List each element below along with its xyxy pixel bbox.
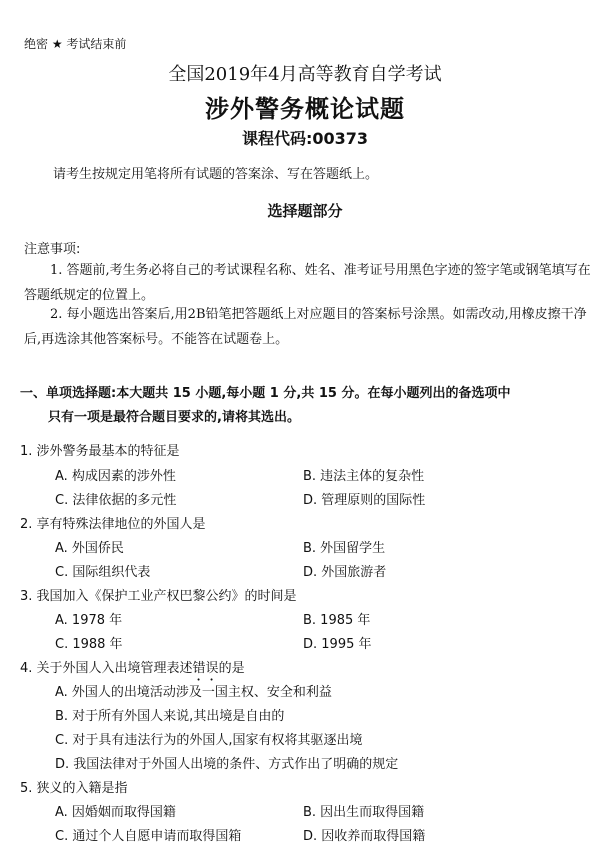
exam-session-line: 全国2019年4月高等教育自学考试: [0, 60, 610, 86]
question-4-option-b: B. 对于所有外国人来说,其出境是自由的: [55, 705, 284, 724]
question-4-stem-emphasis: 错误: [193, 661, 219, 676]
question-4-stem: 4. 关于外国人入出境管理表述错误的是: [20, 657, 245, 684]
notice-item-2: 2. 每小题选出答案后,用2B铅笔把答题纸上对应题目的答案标号涂黑。如需改动,用…: [24, 302, 594, 352]
question-1-option-a: A. 构成因素的涉外性: [55, 465, 176, 484]
section-title: 选择题部分: [0, 200, 610, 221]
question-2-option-a: A. 外国侨民: [55, 537, 124, 556]
part-one-heading: 一、单项选择题:本大题共 15 小题,每小题 1 分,共 15 分。在每小题列出…: [20, 382, 510, 430]
notice-item-1: 1. 答题前,考生务必将自己的考试课程名称、姓名、准考证号用黑色字迹的签字笔或钢…: [24, 258, 594, 308]
question-3-option-b: B. 1985 年: [303, 609, 370, 628]
question-1-stem: 1. 涉外警务最基本的特征是: [20, 440, 180, 459]
question-4-stem-before: 4. 关于外国人入出境管理表述: [20, 661, 193, 676]
question-4-option-a: A. 外国人的出境活动涉及一国主权、安全和利益: [55, 681, 332, 700]
page-title: 涉外警务概论试题: [0, 89, 610, 124]
question-5-option-c: C. 通过个人自愿申请而取得国箱: [55, 825, 241, 844]
notice-heading: 注意事项:: [24, 238, 80, 257]
question-4-option-d: D. 我国法律对于外国人出境的条件、方式作出了明确的规定: [55, 753, 398, 772]
question-5-stem: 5. 狭义的入籍是指: [20, 777, 128, 796]
question-2-option-d: D. 外国旅游者: [303, 561, 386, 580]
part-one-line-1: 一、单项选择题:本大题共 15 小题,每小题 1 分,共 15 分。在每小题列出…: [20, 386, 510, 401]
question-1-option-d: D. 管理原则的国际性: [303, 489, 425, 508]
question-4-option-c: C. 对于具有违法行为的外国人,国家有权将其驱逐出境: [55, 729, 362, 748]
question-5-option-a: A. 因婚姻而取得国籍: [55, 801, 176, 820]
question-3-stem: 3. 我国加入《保护工业产权巴黎公约》的时间是: [20, 585, 297, 604]
question-2-stem: 2. 享有特殊法律地位的外国人是: [20, 513, 206, 532]
question-2-option-c: C. 国际组织代表: [55, 561, 150, 580]
question-5-option-b: B. 因出生而取得国籍: [303, 801, 424, 820]
course-code: 课程代码:00373: [0, 126, 610, 149]
question-4-stem-after: 的是: [219, 661, 245, 676]
question-5-option-d: D. 因收养而取得国籍: [303, 825, 425, 844]
question-3-option-a: A. 1978 年: [55, 609, 122, 628]
part-one-line-2: 只有一项是最符合题目要求的,请将其选出。: [20, 406, 510, 430]
answer-instruction: 请考生按规定用笔将所有试题的答案涂、写在答题纸上。: [53, 163, 378, 182]
confidential-mark: 绝密 ★ 考试结束前: [24, 35, 126, 52]
question-3-option-d: D. 1995 年: [303, 633, 372, 652]
question-1-option-c: C. 法律依据的多元性: [55, 489, 176, 508]
question-2-option-b: B. 外国留学生: [303, 537, 385, 556]
question-3-option-c: C. 1988 年: [55, 633, 123, 652]
question-1-option-b: B. 违法主体的复杂性: [303, 465, 424, 484]
